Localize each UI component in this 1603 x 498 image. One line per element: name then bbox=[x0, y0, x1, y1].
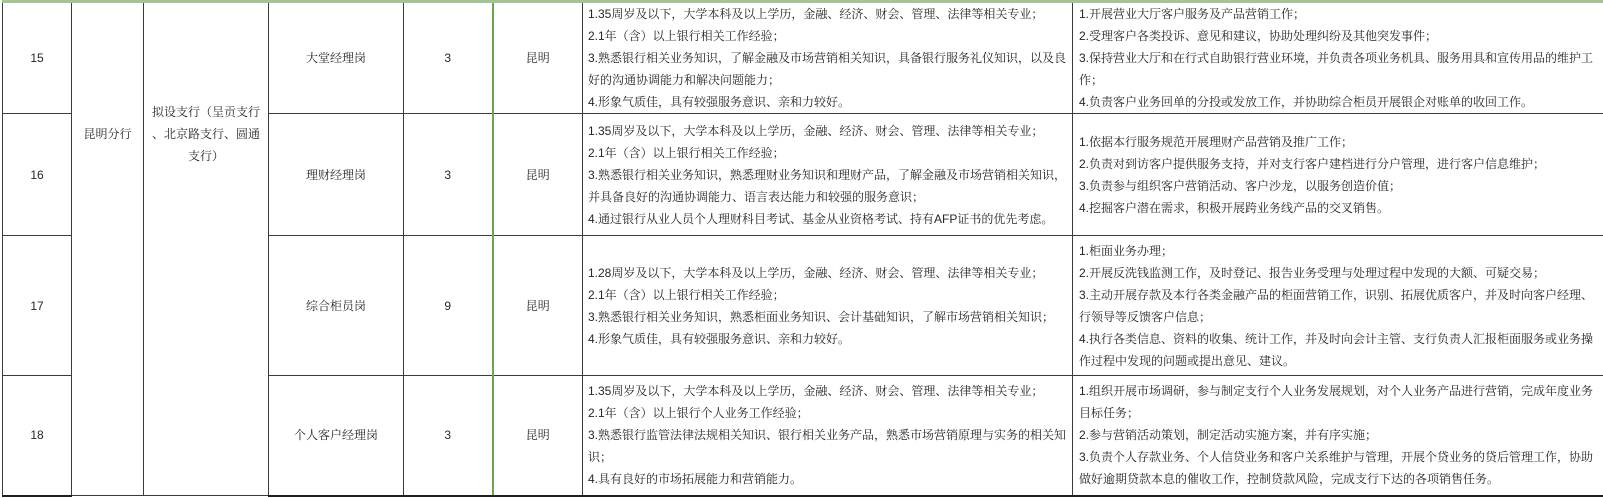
requirement-item: 4.具有良好的市场拓展能力和营销能力。 bbox=[588, 468, 1071, 490]
requirement-item: 1.28周岁及以下，大学本科及以上学历，金融、经济、财会、管理、法律等相关专业； bbox=[588, 262, 1071, 284]
cell-position-16[interactable]: 理财经理岗 bbox=[269, 114, 404, 236]
duty-item: 4.挖掘客户潜在需求，积极开展跨业务线产品的交叉销售。 bbox=[1079, 197, 1603, 219]
duties-list: 1.柜面业务办理； 2.开展反洗钱监测工作，及时登记、报告业务受理与处理过程中发… bbox=[1079, 240, 1603, 372]
cell-headcount-16[interactable]: 3 bbox=[404, 114, 493, 236]
cell-city-18[interactable]: 昆明 bbox=[493, 376, 583, 496]
requirement-item: 3.熟悉银行相关业务知识，了解金融及市场营销相关知识，具备银行服务礼仪知识，以及… bbox=[588, 47, 1071, 91]
cell-requirements-17[interactable]: 1.28周岁及以下，大学本科及以上学历，金融、经济、财会、管理、法律等相关专业；… bbox=[583, 236, 1073, 376]
cell-requirements-16[interactable]: 1.35周岁及以下，大学本科及以上学历，金融、经济、财会、管理、法律等相关专业；… bbox=[583, 114, 1073, 236]
cell-city-16[interactable]: 昆明 bbox=[493, 114, 583, 236]
requirement-item: 1.35周岁及以下，大学本科及以上学历，金融、经济、财会、管理、法律等相关专业； bbox=[588, 3, 1071, 25]
cell-headcount-17[interactable]: 9 bbox=[404, 236, 493, 376]
requirement-item: 2.1年（含）以上银行相关工作经验； bbox=[588, 284, 1071, 306]
duty-item: 2.负责对到访客户提供服务支持，并对支行客户建档进行分户管理，进行客户信息维护； bbox=[1079, 153, 1603, 175]
cell-duties-15[interactable]: 1.开展营业大厅客户服务及产品营销工作； 2.受理客户各类投诉、意见和建议，协助… bbox=[1073, 2, 1603, 114]
requirements-list: 1.28周岁及以下，大学本科及以上学历，金融、经济、财会、管理、法律等相关专业；… bbox=[588, 262, 1071, 350]
cell-row-no-16[interactable]: 16 bbox=[3, 114, 72, 236]
duty-item: 2.参与营销活动策划，制定活动实施方案，并有序实施； bbox=[1079, 424, 1603, 446]
requirements-list: 1.35周岁及以下，大学本科及以上学历，金融、经济、财会、管理、法律等相关专业；… bbox=[588, 3, 1071, 113]
requirements-list: 1.35周岁及以下，大学本科及以上学历，金融、经济、财会、管理、法律等相关专业；… bbox=[588, 380, 1071, 490]
spreadsheet-viewport: 15 昆明分行 拟设支行（呈贡支行、北京路支行、圆通支行） 大堂经理岗 3 昆明… bbox=[0, 0, 1603, 498]
cell-headcount-15[interactable]: 3 bbox=[404, 2, 493, 114]
requirement-item: 3.熟悉银行监管法律法规相关知识、银行相关业务产品，熟悉市场营销原理与实务的相关… bbox=[588, 424, 1071, 468]
branch-note-label: 拟设支行（呈贡支行、北京路支行、圆通支行） bbox=[152, 101, 261, 167]
requirement-item: 2.1年（含）以上银行相关工作经验； bbox=[588, 142, 1071, 164]
duty-item: 4.负责客户业务回单的分投或发放工作，并协助综合柜员开展银企对账单的收回工作。 bbox=[1079, 91, 1603, 113]
duty-item: 1.依据本行服务规范开展理财产品营销及推广工作； bbox=[1079, 131, 1603, 153]
cell-row-no-17[interactable]: 17 bbox=[3, 236, 72, 376]
cell-branch-note[interactable]: 拟设支行（呈贡支行、北京路支行、圆通支行） bbox=[144, 2, 269, 496]
requirement-item: 4.形象气质佳，具有较强服务意识、亲和力较好。 bbox=[588, 91, 1071, 113]
duty-item: 2.开展反洗钱监测工作，及时登记、报告业务受理与处理过程中发现的大额、可疑交易； bbox=[1079, 262, 1603, 284]
cell-duties-18[interactable]: 1.组织开展市场调研，参与制定支行个人业务发展规划，对个人业务产品进行营销，完成… bbox=[1073, 376, 1603, 496]
requirement-item: 3.熟悉银行相关业务知识，熟悉理财业务知识和理财产品，了解金融及市场营销相关知识… bbox=[588, 164, 1071, 208]
requirement-item: 4.形象气质佳，具有较强服务意识、亲和力较好。 bbox=[588, 328, 1071, 350]
job-table: 15 昆明分行 拟设支行（呈贡支行、北京路支行、圆通支行） 大堂经理岗 3 昆明… bbox=[2, 0, 1603, 497]
cell-branch[interactable]: 昆明分行 bbox=[72, 2, 144, 496]
requirement-item: 3.熟悉银行相关业务知识，熟悉柜面业务知识、会计基础知识，了解市场营销相关知识； bbox=[588, 306, 1071, 328]
duty-item: 1.开展营业大厅客户服务及产品营销工作； bbox=[1079, 3, 1603, 25]
duty-item: 1.组织开展市场调研，参与制定支行个人业务发展规划，对个人业务产品进行营销，完成… bbox=[1079, 380, 1603, 424]
cell-duties-16[interactable]: 1.依据本行服务规范开展理财产品营销及推广工作； 2.负责对到访客户提供服务支持… bbox=[1073, 114, 1603, 236]
duty-item: 3.保持营业大厅和在行式自助银行营业环境，并负责各项业务机具、服务用具和宣传用品… bbox=[1079, 47, 1603, 91]
duty-item: 3.负责参与组织客户营销活动、客户沙龙，以服务创造价值； bbox=[1079, 175, 1603, 197]
cell-requirements-18[interactable]: 1.35周岁及以下，大学本科及以上学历，金融、经济、财会、管理、法律等相关专业；… bbox=[583, 376, 1073, 496]
duty-item: 4.执行各类信息、资料的收集、统计工作，并及时向会计主管、支行负责人汇报柜面服务… bbox=[1079, 328, 1603, 372]
duty-item: 2.受理客户各类投诉、意见和建议，协助处理纠纷及其他突发事件； bbox=[1079, 25, 1603, 47]
table-row-15: 15 昆明分行 拟设支行（呈贡支行、北京路支行、圆通支行） 大堂经理岗 3 昆明… bbox=[3, 2, 1603, 114]
cell-position-17[interactable]: 综合柜员岗 bbox=[269, 236, 404, 376]
cell-row-no-15[interactable]: 15 bbox=[3, 2, 72, 114]
requirements-list: 1.35周岁及以下，大学本科及以上学历，金融、经济、财会、管理、法律等相关专业；… bbox=[588, 120, 1071, 230]
cell-duties-17[interactable]: 1.柜面业务办理； 2.开展反洗钱监测工作，及时登记、报告业务受理与处理过程中发… bbox=[1073, 236, 1603, 376]
branch-label: 昆明分行 bbox=[72, 123, 143, 145]
cell-requirements-15[interactable]: 1.35周岁及以下，大学本科及以上学历，金融、经济、财会、管理、法律等相关专业；… bbox=[583, 2, 1073, 114]
requirement-item: 1.35周岁及以下，大学本科及以上学历，金融、经济、财会、管理、法律等相关专业； bbox=[588, 380, 1071, 402]
cell-position-18[interactable]: 个人客户经理岗 bbox=[269, 376, 404, 496]
requirement-item: 4.通过银行从业人员个人理财科目考试、基金从业资格考试、持有AFP证书的优先考虑… bbox=[588, 208, 1071, 230]
duties-list: 1.依据本行服务规范开展理财产品营销及推广工作； 2.负责对到访客户提供服务支持… bbox=[1079, 131, 1603, 219]
duties-list: 1.组织开展市场调研，参与制定支行个人业务发展规划，对个人业务产品进行营销，完成… bbox=[1079, 380, 1603, 490]
cell-city-15[interactable]: 昆明 bbox=[493, 2, 583, 114]
duty-item: 3.负责个人存款业务、个人信贷业务和客户关系维护与管理，开展个贷业务的贷后管理工… bbox=[1079, 446, 1603, 490]
cell-row-no-18[interactable]: 18 bbox=[3, 376, 72, 496]
duty-item: 1.柜面业务办理； bbox=[1079, 240, 1603, 262]
requirement-item: 2.1年（含）以上银行相关工作经验； bbox=[588, 25, 1071, 47]
cell-headcount-18[interactable]: 3 bbox=[404, 376, 493, 496]
cell-position-15[interactable]: 大堂经理岗 bbox=[269, 2, 404, 114]
requirement-item: 2.1年（含）以上银行个人业务工作经验； bbox=[588, 402, 1071, 424]
duty-item: 3.主动开展存款及本行各类金融产品的柜面营销工作，识别、拓展优质客户，并及时向客… bbox=[1079, 284, 1603, 328]
cell-city-17[interactable]: 昆明 bbox=[493, 236, 583, 376]
duties-list: 1.开展营业大厅客户服务及产品营销工作； 2.受理客户各类投诉、意见和建议，协助… bbox=[1079, 3, 1603, 113]
requirement-item: 1.35周岁及以下，大学本科及以上学历，金融、经济、财会、管理、法律等相关专业； bbox=[588, 120, 1071, 142]
